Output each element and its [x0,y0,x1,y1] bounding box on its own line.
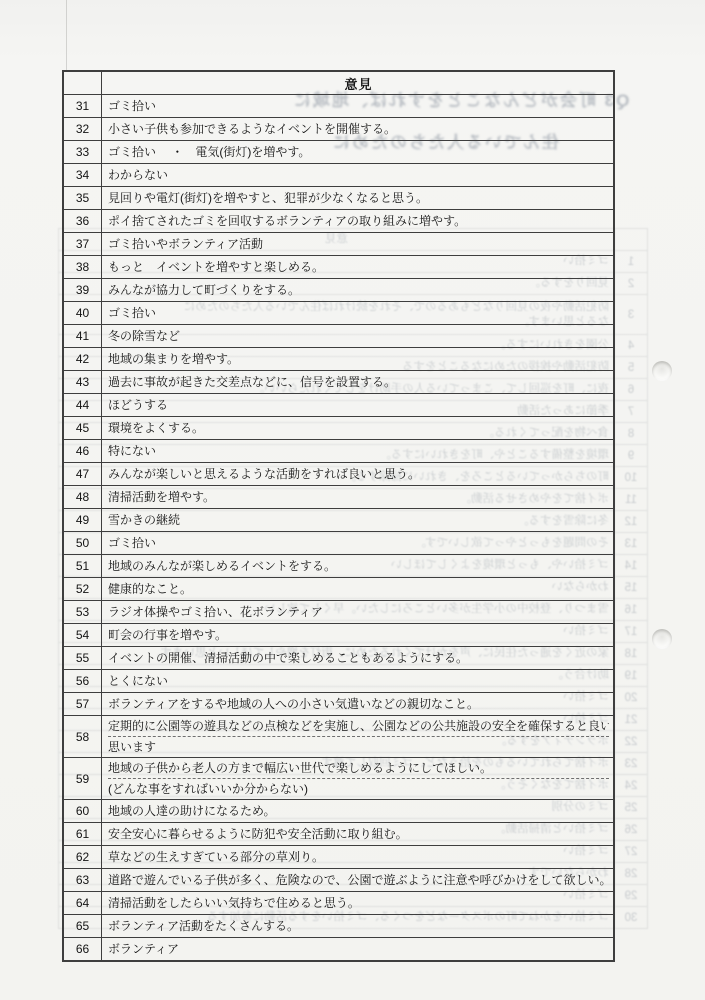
row-number: 54 [64,624,102,646]
table-row: 36ポイ捨てされたゴミを回収するボランティアの取り組みに増やす。 [64,209,613,232]
opinion-line: ゴミ拾い ・ 電気(街灯)を増やす。 [108,143,609,161]
opinion-line-2: 思います [108,738,609,756]
opinion-line: ゴミ拾い [108,304,609,322]
opinion-line: 健康的なこと。 [108,580,609,598]
table-row: 64清掃活動をしたらいい気持ちで住めると思う。 [64,891,613,914]
bleed-row-number: 9 [614,445,647,466]
bleed-row-number: 12 [614,511,647,532]
bleed-row-number: 20 [614,687,647,708]
scan-crease-line [66,0,67,70]
row-number: 40 [64,302,102,324]
opinion-line: みんなが楽しいと思えるような活動をすれば良いと思う。 [108,465,609,483]
opinion-line: イベントの開催、清掃活動の中で楽しめることもあるようにする。 [108,649,609,667]
table-row: 62草などの生えすぎている部分の草刈り。 [64,845,613,868]
row-number: 45 [64,417,102,439]
table-row: 46特にない [64,439,613,462]
row-number: 64 [64,892,102,914]
table-row: 38もっと イベントを増やすと楽しめる。 [64,255,613,278]
row-opinion-text: ポイ捨てされたゴミを回収するボランティアの取り組みに増やす。 [102,210,613,232]
bleed-row-number: 11 [614,489,647,510]
row-number: 39 [64,279,102,301]
table-row: 65ボランティア活動をたくさんする。 [64,914,613,937]
row-opinion-text: ゴミ拾い ・ 電気(街灯)を増やす。 [102,141,613,163]
row-number: 49 [64,509,102,531]
bleed-row-number: 10 [614,467,647,488]
opinion-line: 道路で遊んでいる子供が多く、危険なので、公園で遊ぶように注意や呼びかけをして欲し… [108,871,609,889]
opinion-line: ボランティアをするや地域の人への小さい気遣いなどの親切なこと。 [108,695,609,713]
bleed-row-number: 5 [614,357,647,378]
bleed-row-number: 23 [614,753,647,774]
opinion-line: もっと イベントを増やすと楽しめる。 [108,258,609,276]
table-row: 53ラジオ体操やゴミ拾い、花ボランティア [64,600,613,623]
bleed-row-number: 8 [614,423,647,444]
row-opinion-text: 地域の集まりを増やす。 [102,348,613,370]
opinion-line-2: (どんな事をすればいいか分からない) [108,780,609,798]
row-opinion-text: みんなが協力して町づくりをする。 [102,279,613,301]
bleed-row-number: 29 [614,885,647,906]
row-opinion-text: 地域の子供から老人の方まで幅広い世代で楽しめるようにしてほしい。(どんな事をすれ… [102,758,613,799]
bleed-row-number: 27 [614,841,647,862]
opinion-line: 見回りや電灯(街灯)を増やすと、犯罪が少なくなると思う。 [108,189,609,207]
dashed-separator [108,778,609,779]
row-opinion-text: 清掃活動を増やす。 [102,486,613,508]
table-row: 63道路で遊んでいる子供が多く、危険なので、公園で遊ぶように注意や呼びかけをして… [64,868,613,891]
opinion-line: ゴミ拾いやボランティア活動 [108,235,609,253]
opinion-line: とくにない [108,672,609,690]
table-row: 54町会の行事を増やす。 [64,623,613,646]
row-opinion-text: 過去に事故が起きた交差点などに、信号を設置する。 [102,371,613,393]
opinion-line: ほどうする [108,396,609,414]
row-opinion-text: 定期的に公園等の遊具などの点検などを実施し、公園などの公共施設の安全を確保すると… [102,716,613,757]
row-opinion-text: ラジオ体操やゴミ拾い、花ボランティア [102,601,613,623]
table-row: 57ボランティアをするや地域の人への小さい気遣いなどの親切なこと。 [64,692,613,715]
row-number: 37 [64,233,102,255]
bleed-row-number: 26 [614,819,647,840]
table-row: 37ゴミ拾いやボランティア活動 [64,232,613,255]
bleed-row-number: 13 [614,533,647,554]
row-number: 59 [64,758,102,799]
row-number: 62 [64,846,102,868]
row-opinion-text: ほどうする [102,394,613,416]
row-opinion-text: 環境をよくする。 [102,417,613,439]
row-number: 60 [64,800,102,822]
row-opinion-text: 小さい子供も参加できるようなイベントを開催する。 [102,118,613,140]
bleed-row-number: 24 [614,775,647,796]
row-number: 63 [64,869,102,891]
row-opinion-text: わからない [102,164,613,186]
table-row: 40ゴミ拾い [64,301,613,324]
row-opinion-text: ゴミ拾い [102,302,613,324]
row-number: 48 [64,486,102,508]
row-opinion-text: ボランティア活動をたくさんする。 [102,915,613,937]
table-row: 31ゴミ拾い [64,94,613,117]
row-opinion-text: 安全安心に暮らせるように防犯や安全活動に取り組む。 [102,823,613,845]
table-row: 32小さい子供も参加できるようなイベントを開催する。 [64,117,613,140]
row-number: 41 [64,325,102,347]
bleed-row-number: 18 [614,643,647,664]
row-number: 32 [64,118,102,140]
row-opinion-text: 見回りや電灯(街灯)を増やすと、犯罪が少なくなると思う。 [102,187,613,209]
opinion-line: 安全安心に暮らせるように防犯や安全活動に取り組む。 [108,825,609,843]
row-opinion-text: ゴミ拾い [102,95,613,117]
opinion-line: 環境をよくする。 [108,419,609,437]
row-opinion-text: ボランティアをするや地域の人への小さい気遣いなどの親切なこと。 [102,693,613,715]
table-row: 52健康的なこと。 [64,577,613,600]
opinion-line: 町会の行事を増やす。 [108,626,609,644]
bleed-row-number: 21 [614,709,647,730]
row-opinion-text: ゴミ拾い [102,532,613,554]
table-row: 39みんなが協力して町づくりをする。 [64,278,613,301]
table-row: 51地域のみんなが楽しめるイベントをする。 [64,554,613,577]
opinion-line: 清掃活動を増やす。 [108,488,609,506]
opinion-line: 雪かきの継続 [108,511,609,529]
opinion-line-1: 定期的に公園等の遊具などの点検などを実施し、公園などの公共施設の安全を確保すると… [108,717,609,735]
row-number: 43 [64,371,102,393]
bleed-row-number: 19 [614,665,647,686]
opinion-line: みんなが協力して町づくりをする。 [108,281,609,299]
punch-hole-bottom [652,629,672,649]
table-row: 58定期的に公園等の遊具などの点検などを実施し、公園などの公共施設の安全を確保す… [64,715,613,757]
opinion-line: 地域のみんなが楽しめるイベントをする。 [108,557,609,575]
row-number: 52 [64,578,102,600]
bleed-row-number: 25 [614,797,647,818]
opinion-line: ポイ捨てされたゴミを回収するボランティアの取り組みに増やす。 [108,212,609,230]
table-row: 49雪かきの継続 [64,508,613,531]
opinion-line: ゴミ拾い [108,534,609,552]
row-opinion-text: 道路で遊んでいる子供が多く、危険なので、公園で遊ぶように注意や呼びかけをして欲し… [102,869,613,891]
bleed-row-number: 30 [614,907,647,928]
table-row: 60地域の人達の助けになるため。 [64,799,613,822]
table-row: 42地域の集まりを増やす。 [64,347,613,370]
row-number: 46 [64,440,102,462]
opinion-table-body: 31ゴミ拾い32小さい子供も参加できるようなイベントを開催する。33ゴミ拾い ・… [64,94,613,960]
opinion-line: 特にない [108,442,609,460]
bleed-number-header [614,229,647,250]
opinion-column-header: 意見 [102,72,613,94]
punch-hole-top [652,361,672,381]
table-row: 33ゴミ拾い ・ 電気(街灯)を増やす。 [64,140,613,163]
opinion-table: 意見 31ゴミ拾い32小さい子供も参加できるようなイベントを開催する。33ゴミ拾… [62,70,615,962]
row-number: 35 [64,187,102,209]
opinion-line: わからない [108,166,609,184]
opinion-line: ゴミ拾い [108,97,609,115]
table-row: 50ゴミ拾い [64,531,613,554]
row-opinion-text: 地域のみんなが楽しめるイベントをする。 [102,555,613,577]
row-opinion-text: 草などの生えすぎている部分の草刈り。 [102,846,613,868]
row-number: 44 [64,394,102,416]
table-row: 43過去に事故が起きた交差点などに、信号を設置する。 [64,370,613,393]
opinion-line: 清掃活動をしたらいい気持ちで住めると思う。 [108,894,609,912]
row-opinion-text: ボランティア [102,938,613,960]
row-opinion-text: ゴミ拾いやボランティア活動 [102,233,613,255]
row-number: 66 [64,938,102,960]
opinion-line: ボランティア [108,940,609,958]
bleed-row-number: 7 [614,401,647,422]
row-number: 50 [64,532,102,554]
table-row: 55イベントの開催、清掃活動の中で楽しめることもあるようにする。 [64,646,613,669]
row-number: 56 [64,670,102,692]
bleed-row-number: 14 [614,555,647,576]
row-number: 47 [64,463,102,485]
opinion-line: 冬の除雪など [108,327,609,345]
opinion-line: 過去に事故が起きた交差点などに、信号を設置する。 [108,373,609,391]
bleed-row-number: 2 [614,273,647,294]
bleed-row-number: 22 [614,731,647,752]
row-number: 33 [64,141,102,163]
bleed-row-number: 6 [614,379,647,400]
row-number: 55 [64,647,102,669]
row-opinion-text: 健康的なこと。 [102,578,613,600]
number-column-header [64,72,102,94]
row-number: 36 [64,210,102,232]
row-number: 57 [64,693,102,715]
table-row: 44ほどうする [64,393,613,416]
opinion-line: 草などの生えすぎている部分の草刈り。 [108,848,609,866]
table-row: 45環境をよくする。 [64,416,613,439]
row-opinion-text: みんなが楽しいと思えるような活動をすれば良いと思う。 [102,463,613,485]
row-opinion-text: とくにない [102,670,613,692]
opinion-line-1: 地域の子供から老人の方まで幅広い世代で楽しめるようにしてほしい。 [108,759,609,777]
opinion-line: 地域の人達の助けになるため。 [108,802,609,820]
table-row: 34わからない [64,163,613,186]
row-number: 61 [64,823,102,845]
row-number: 65 [64,915,102,937]
row-number: 34 [64,164,102,186]
table-row: 61安全安心に暮らせるように防犯や安全活動に取り組む。 [64,822,613,845]
row-number: 31 [64,95,102,117]
opinion-table-header-row: 意見 [64,72,613,94]
row-opinion-text: 雪かきの継続 [102,509,613,531]
opinion-line: ボランティア活動をたくさんする。 [108,917,609,935]
row-opinion-text: 特にない [102,440,613,462]
row-number: 42 [64,348,102,370]
opinion-line: 地域の集まりを増やす。 [108,350,609,368]
bleed-row-number: 28 [614,863,647,884]
bleed-row-number: 3 [614,295,647,334]
table-row: 48清掃活動を増やす。 [64,485,613,508]
row-number: 53 [64,601,102,623]
table-row: 41冬の除雪など [64,324,613,347]
opinion-line: 小さい子供も参加できるようなイベントを開催する。 [108,120,609,138]
opinion-line: ラジオ体操やゴミ拾い、花ボランティア [108,603,609,621]
table-row: 47みんなが楽しいと思えるような活動をすれば良いと思う。 [64,462,613,485]
row-number: 38 [64,256,102,278]
row-number: 58 [64,716,102,757]
row-opinion-text: 地域の人達の助けになるため。 [102,800,613,822]
bleed-row-number: 15 [614,577,647,598]
bleed-row-number: 17 [614,621,647,642]
table-row: 66ボランティア [64,937,613,960]
bleed-row-number: 4 [614,335,647,356]
table-row: 56とくにない [64,669,613,692]
table-row: 59地域の子供から老人の方まで幅広い世代で楽しめるようにしてほしい。(どんな事を… [64,757,613,799]
table-row: 35見回りや電灯(街灯)を増やすと、犯罪が少なくなると思う。 [64,186,613,209]
row-number: 51 [64,555,102,577]
bleed-row-number: 16 [614,599,647,620]
dashed-separator [108,736,609,737]
row-opinion-text: もっと イベントを増やすと楽しめる。 [102,256,613,278]
bleed-row-number: 1 [614,251,647,272]
row-opinion-text: 清掃活動をしたらいい気持ちで住めると思う。 [102,892,613,914]
row-opinion-text: 町会の行事を増やす。 [102,624,613,646]
row-opinion-text: イベントの開催、清掃活動の中で楽しめることもあるようにする。 [102,647,613,669]
row-opinion-text: 冬の除雪など [102,325,613,347]
scanned-survey-page: { "header": { "column_label": "意見" }, "t… [0,0,705,1000]
